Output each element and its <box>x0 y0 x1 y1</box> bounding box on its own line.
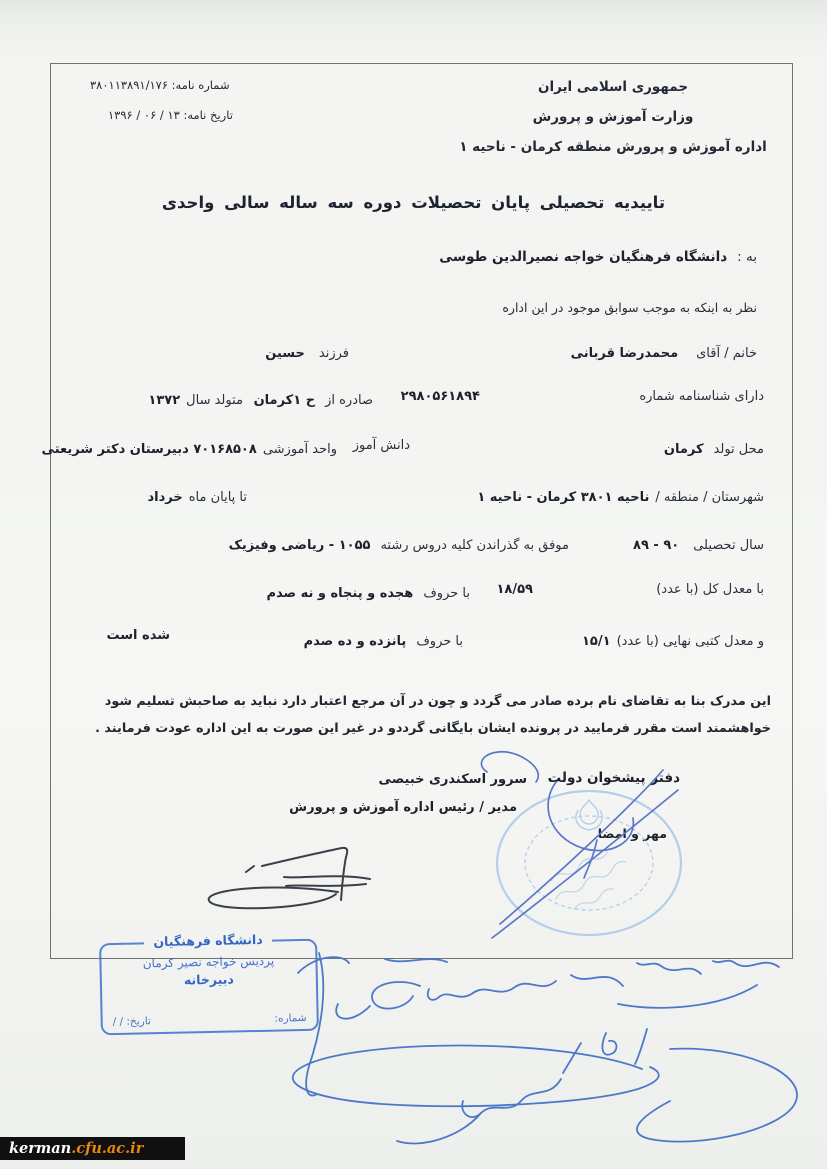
birth-year-field: متولد سال ۱۳۷۲ <box>148 393 243 408</box>
stamp-secretariat-label: دبیرخانه <box>102 970 316 989</box>
name-field: خانم / آقای محمدرضا قربانی <box>571 346 757 361</box>
issued-field: صادره از ح ۱کرمان <box>254 393 373 408</box>
watermark-prefix: kerman <box>9 1140 71 1157</box>
written-avg-field: و معدل کتبی نهایی (با عدد) ۱۵/۱ <box>582 634 764 649</box>
gpa-label: با معدل کل (با عدد) <box>656 582 764 597</box>
has-been-label: شده است <box>107 628 171 643</box>
director-name: سرور اسکندری خبیصی <box>379 772 527 787</box>
father-label: فرزند <box>319 346 349 361</box>
letter-number: شماره نامه: ۳۸۰۱۱۳۸۹۱/۱۷۶ <box>90 78 230 92</box>
school-unit-value: ۷۰۱۶۸۵۰۸ دبیرستان دکتر شریعتی <box>42 442 257 457</box>
id-label: دارای شناسنامه شماره <box>639 389 764 404</box>
birth-year-label: متولد سال <box>186 393 243 408</box>
written-avg-number: ۱۵/۱ <box>582 634 611 649</box>
seal-and-signature-label: مهر و امضا <box>598 826 667 841</box>
to-label: به : <box>737 249 757 265</box>
university-secretariat-stamp: دانشگاه فرهنگیان پردیس خواجه نصیر کرمان … <box>99 939 319 1036</box>
gpa-words-label: با حروف <box>423 586 470 601</box>
header-department: اداره آموزش و پرورش منطقه کرمان - ناحیه … <box>439 132 787 162</box>
gpa-words-value: هجده و پنجاه و نه صدم <box>266 586 413 601</box>
name-label: خانم / آقای <box>696 346 757 361</box>
closing-paragraph: این مدرک بنا به تقاضای نام برده صادر می … <box>60 688 771 742</box>
closing-line-2: خواهشمند است مقرر فرمایید در پرونده ایشا… <box>60 715 771 742</box>
until-label: تا پایان ماه <box>189 490 247 505</box>
birthplace-field: محل تولد کرمان <box>664 442 764 457</box>
birthplace-value: کرمان <box>664 442 704 457</box>
closing-line-1: این مدرک بنا به تقاضای نام برده صادر می … <box>60 688 771 715</box>
until-month-field: تا پایان ماه خرداد <box>147 490 247 505</box>
id-number: ۲۹۸۰۵۶۱۸۹۴ <box>401 389 480 404</box>
district-value: ناحیه ۳۸۰۱ کرمان - ناحیه ۱ <box>477 490 649 505</box>
written-words-value: پانزده و ده صدم <box>304 634 407 649</box>
district-label: شهرستان / منطقه / <box>655 490 764 505</box>
school-unit-field: واحد آموزشی ۷۰۱۶۸۵۰۸ دبیرستان دکتر شریعت… <box>42 442 337 457</box>
until-month-value: خرداد <box>147 490 182 505</box>
pass-courses-label: موفق به گذراندن کلیه دروس رشته <box>380 538 569 553</box>
government-header: جمهوری اسلامی ایران وزارت آموزش و پرورش … <box>439 72 787 162</box>
student-label: دانش آموز <box>353 438 410 453</box>
academic-year-field: سال تحصیلی ۹۰ - ۸۹ <box>633 538 764 553</box>
stamp-campus-name: پردیس خواجه نصیر کرمان <box>101 953 315 971</box>
addressee-line: به : دانشگاه فرهنگیان خواجه نصیرالدین طو… <box>439 249 757 265</box>
written-words-label: با حروف <box>416 634 463 649</box>
father-value: حسین <box>265 346 305 361</box>
to-value: دانشگاه فرهنگیان خواجه نصیرالدین طوسی <box>439 249 727 265</box>
header-ministry: وزارت آموزش و پرورش <box>439 102 787 132</box>
letter-date: تاریخ نامه: ۱۳ / ۰۶ / ۱۳۹۶ <box>108 108 233 122</box>
intro-line: نظر به اینکه به موجب سوابق موجود در این … <box>502 300 757 315</box>
gpa-number: ۱۸/۵۹ <box>497 582 534 597</box>
gpa-words-field: با حروف هجده و پنجاه و نه صدم <box>266 586 470 601</box>
major-value: ۱۰۵۵ - ریاضی وفیزیک <box>229 538 371 553</box>
stamp-date-label: تاریخ: / / <box>113 1015 151 1028</box>
written-words-field: با حروف پانزده و ده صدم <box>304 634 463 649</box>
academic-year-value: ۹۰ - ۸۹ <box>633 538 679 553</box>
birth-year-value: ۱۳۷۲ <box>148 393 180 408</box>
issued-label: صادره از <box>325 393 373 408</box>
counter-office-label: دفتر پیشخوان دولت <box>548 770 680 786</box>
birthplace-label: محل تولد <box>714 442 764 457</box>
document-title: تاییدیه تحصیلی پایان تحصیلات دوره سه سال… <box>0 193 827 212</box>
major-field: موفق به گذراندن کلیه دروس رشته ۱۰۵۵ - ری… <box>229 538 569 553</box>
name-value: محمدرضا قربانی <box>571 346 679 361</box>
school-unit-label: واحد آموزشی <box>263 442 337 457</box>
academic-year-label: سال تحصیلی <box>693 538 764 553</box>
stamp-number-label: شماره: <box>274 1012 306 1025</box>
watermark-suffix: .cfu.ac.ir <box>71 1140 143 1157</box>
scanned-certificate-page: جمهوری اسلامی ایران وزارت آموزش و پرورش … <box>0 0 827 1169</box>
issued-value: ح ۱کرمان <box>254 393 316 408</box>
bottom-handwriting <box>293 953 797 1143</box>
stamp-university-name: دانشگاه فرهنگیان <box>144 932 272 950</box>
header-country: جمهوری اسلامی ایران <box>439 72 787 102</box>
district-field: شهرستان / منطقه / ناحیه ۳۸۰۱ کرمان - ناح… <box>477 490 764 505</box>
written-avg-label: و معدل کتبی نهایی (با عدد) <box>617 634 764 649</box>
site-watermark: kerman.cfu.ac.ir <box>0 1137 185 1160</box>
father-field: فرزند حسین <box>265 346 349 361</box>
director-title: مدیر / رئیس اداره آموزش و پرورش <box>289 800 517 815</box>
